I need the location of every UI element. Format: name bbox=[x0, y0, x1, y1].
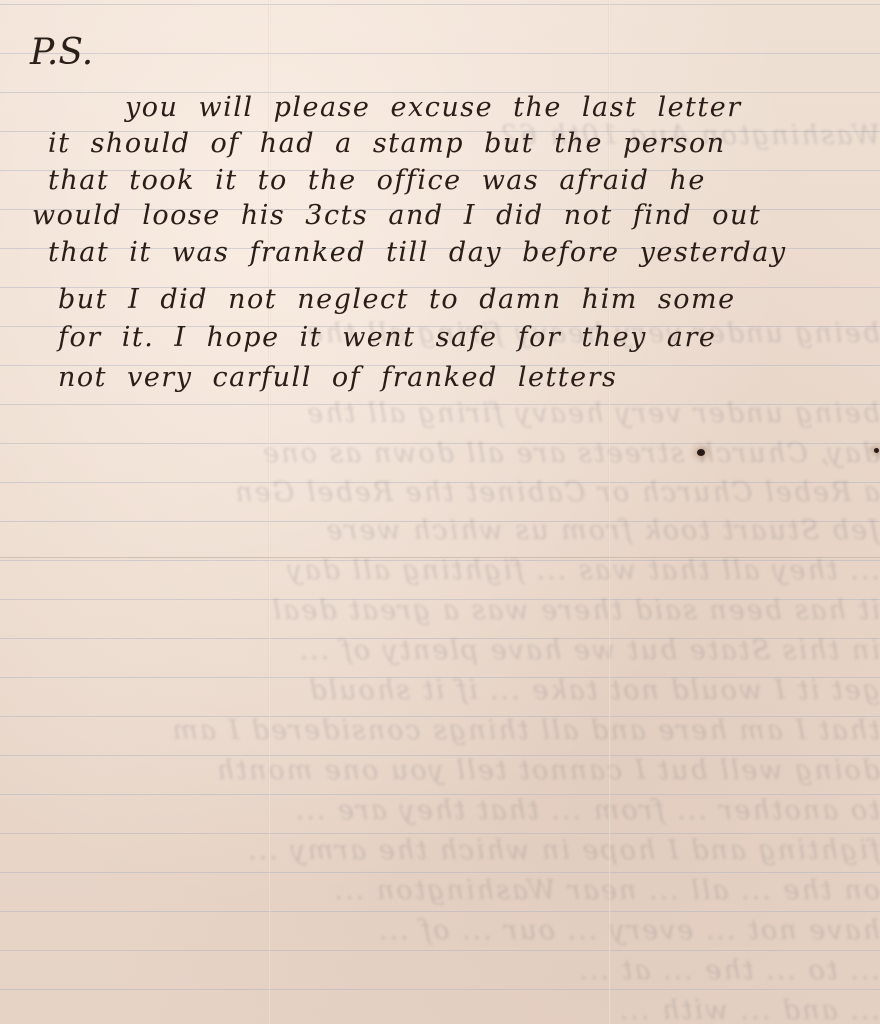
ink-blot bbox=[874, 448, 879, 453]
bleed-through-line: doing well but I cannot tell you one mon… bbox=[0, 755, 880, 786]
letter-line: would loose his 3cts and I did not find … bbox=[32, 200, 761, 231]
bleed-through-line: day, Church streets are all down as one bbox=[0, 438, 880, 469]
letter-page: Washington Aug 10th 62 being under very … bbox=[0, 0, 880, 1024]
letter-line: it should of had a stamp but the person bbox=[48, 128, 726, 159]
bleed-through-line: to another ... from ... that they are ..… bbox=[0, 795, 880, 826]
bleed-through-line: it has been said there was a great deal bbox=[0, 595, 880, 626]
horizontal-fold bbox=[0, 557, 880, 559]
bleed-through-line: fighting and I hope in which the army ..… bbox=[0, 835, 880, 866]
bleed-through-line: ... to ... the ... at ... bbox=[0, 955, 880, 986]
bleed-through-line: being under very heavy firing all the bbox=[0, 398, 880, 429]
bleed-through-line: ... they all that was ... fighting all d… bbox=[0, 555, 880, 586]
letter-line: for it. I hope it went safe for they are bbox=[58, 322, 716, 353]
letter-line: not very carfull of franked letters bbox=[58, 362, 617, 393]
bleed-through-line: that I am here and all things considered… bbox=[0, 715, 880, 746]
bleed-through-line: on the ... all ... near Washington ... bbox=[0, 875, 880, 906]
bleed-through-line: Jeb Stuart took from us which were bbox=[0, 515, 880, 546]
bleed-through-line: get it I would not take ... if it should bbox=[0, 675, 880, 706]
bleed-through-line: ... and ... with ... bbox=[0, 995, 880, 1024]
letter-line: that it was franked till day before yest… bbox=[48, 237, 787, 268]
letter-line: but I did not neglect to damn him some bbox=[58, 284, 736, 315]
bleed-through-line: in this State but we have plenty of ... bbox=[0, 635, 880, 666]
bleed-through-line: a Rebel Church or Cabinet the Rebel Gen bbox=[0, 477, 880, 508]
letter-line: you will please excuse the last letter bbox=[125, 92, 742, 123]
ink-blot bbox=[697, 449, 705, 456]
bleed-through-line: have not ... every ... our ... of ... bbox=[0, 915, 880, 946]
letter-line: that took it to the office was afraid he bbox=[48, 165, 706, 196]
postscript-heading: P.S. bbox=[30, 32, 93, 73]
